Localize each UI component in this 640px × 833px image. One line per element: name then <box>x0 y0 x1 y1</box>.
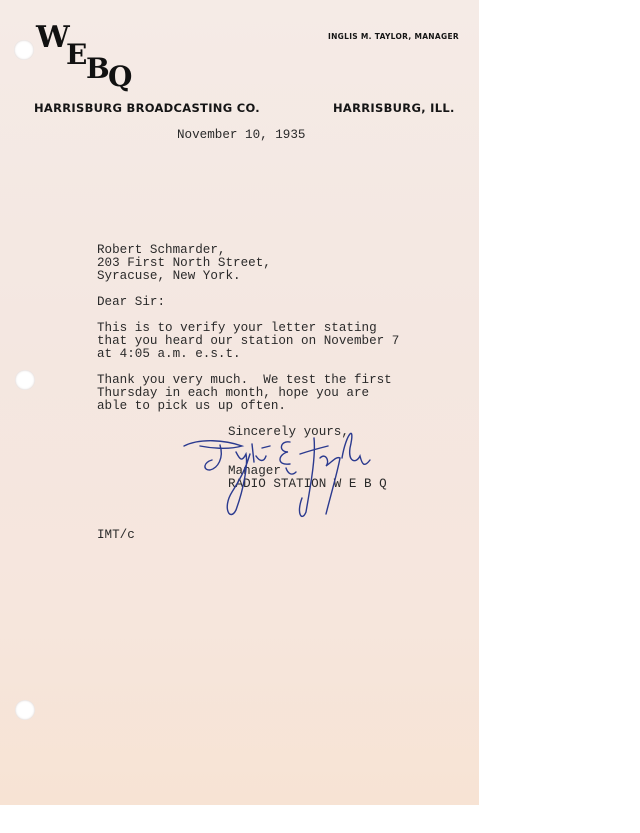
logo-letter-e: E <box>66 38 87 71</box>
letter-date: November 10, 1935 <box>177 129 305 142</box>
body-line: at 4:05 a.m. e.s.t. <box>97 348 241 361</box>
body-line: able to pick us up often. <box>97 400 286 413</box>
company-location: HARRISBURG, ILL. <box>333 101 455 115</box>
handwritten-signature <box>180 418 390 518</box>
logo-letter-b: B <box>86 52 110 85</box>
punch-hole-bottom <box>15 700 35 720</box>
logo-letter-q: Q <box>108 60 132 93</box>
salutation: Dear Sir: <box>97 296 165 309</box>
logo-letter-w: W <box>36 20 70 55</box>
letter-paper: W E B Q INGLIS M. TAYLOR, MANAGER HARRIS… <box>0 0 479 805</box>
punch-hole-top <box>14 40 34 60</box>
company-name: HARRISBURG BROADCASTING CO. <box>34 101 260 115</box>
manager-line: INGLIS M. TAYLOR, MANAGER <box>328 32 459 41</box>
recipient-city: Syracuse, New York. <box>97 270 241 283</box>
punch-hole-middle <box>15 370 35 390</box>
typist-initials: IMT/c <box>97 529 135 542</box>
